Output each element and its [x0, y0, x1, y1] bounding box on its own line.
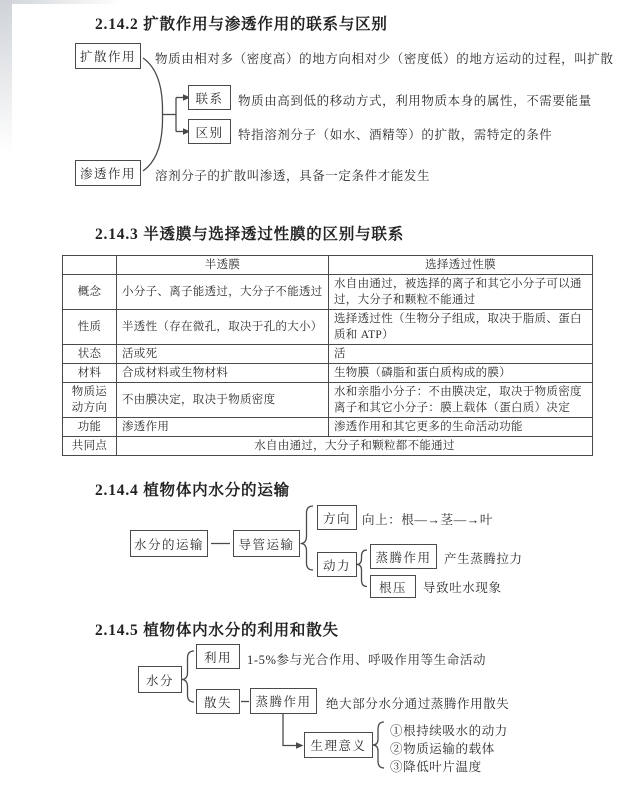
cell-semi: 合成材料或生物材料 [117, 364, 329, 383]
section-242-title: 2.14.2 扩散作用与渗透作用的联系与区别 [95, 12, 388, 34]
cell-semi: 渗透作用 [117, 418, 329, 437]
scan-shadow-top [0, 0, 130, 4]
link-description: 物质由高到低的移动方式，利用物质本身的属性，不需要能量 [238, 91, 592, 109]
significance-box: 生理意义 [304, 732, 373, 758]
use-description: 1-5%参与光合作用、呼吸作用等生命活动 [247, 650, 486, 668]
diffusion-box: 扩散作用 [75, 43, 141, 69]
water-box: 水分 [138, 666, 182, 693]
section-243-title: 2.14.3 半透膜与选择透过性膜的区别与联系 [95, 222, 404, 244]
header-empty [63, 256, 117, 275]
significance-item-1: ①根持续吸水的动力 [390, 721, 508, 739]
root-pressure-box: 根压 [370, 575, 416, 598]
table-row: 物质运 动方向 不由膜决定，取决于物质密度 水和亲脂小分子：不由膜决定，取决于物… [63, 383, 593, 418]
power-box: 动力 [317, 552, 357, 577]
distinction-description: 特指溶剂分子（如水、酒精等）的扩散，需特定的条件 [238, 125, 552, 143]
osmosis-description: 溶剂分子的扩散叫渗透，具备一定条件才能发生 [155, 166, 430, 184]
diffusion-description: 物质由相对多（密度高）的地方向相对少（密度低）的地方运动的过程，叫扩散 [155, 49, 614, 67]
vessel-transport-box: 导管运输 [233, 530, 300, 557]
cell-selective: 生物膜（磷脂和蛋白质构成的膜） [329, 364, 593, 383]
row-label: 共同点 [63, 437, 117, 456]
significance-item-3: ③降低叶片温度 [390, 757, 482, 775]
cell-selective: 渗透作用和其它更多的生命活动功能 [329, 418, 593, 437]
document-page: 2.14.2 扩散作用与渗透作用的联系与区别 扩散作用 物质由相对多（密度高）的… [0, 0, 640, 802]
row-label: 物质运 动方向 [63, 383, 117, 418]
table-row: 状态 活或死 活 [63, 345, 593, 364]
row-label: 概念 [63, 275, 117, 310]
direction-box: 方向 [317, 505, 357, 530]
row-label: 状态 [63, 345, 117, 364]
water-transport-box: 水分的运输 [130, 530, 208, 557]
table-header-row: 半透膜 选择透过性膜 [63, 256, 593, 275]
table-row: 概念 小分子、离子能透过，大分子不能透过 水自由通过，被选择的离子和其它小分子可… [63, 275, 593, 310]
cell-common: 水自由通过，大分子和颗粒都不能通过 [117, 437, 593, 456]
use-box: 利用 [196, 644, 240, 669]
link-box: 联系 [188, 85, 231, 110]
row-label: 功能 [63, 418, 117, 437]
root-pressure-description: 导致吐水现象 [423, 578, 502, 596]
osmosis-box: 渗透作用 [75, 160, 141, 186]
table-row: 性质 半透性（存在微孔，取决于孔的大小） 选择透过性（生物分子组成，取决于脂质、… [63, 310, 593, 345]
section-245-title: 2.14.5 植物体内水分的利用和散失 [95, 618, 339, 640]
scan-shadow-left [0, 0, 12, 170]
cell-selective: 水和亲脂小分子：不由膜决定，取决于物质密度 离子和其它小分子：膜上载体（蛋白质）… [329, 383, 593, 418]
transpiration-description-2: 绝大部分水分通过蒸腾作用散失 [326, 694, 509, 712]
row-label: 材料 [63, 364, 117, 383]
significance-item-2: ②物质运输的载体 [390, 739, 495, 757]
table-row: 材料 合成材料或生物材料 生物膜（磷脂和蛋白质构成的膜） [63, 364, 593, 383]
header-selective: 选择透过性膜 [329, 256, 593, 275]
transpiration-box: 蒸腾作用 [370, 544, 437, 569]
header-semipermeable: 半透膜 [117, 256, 329, 275]
transpiration-description: 产生蒸腾拉力 [444, 549, 523, 567]
row-label: 性质 [63, 310, 117, 345]
distinction-box: 区别 [188, 119, 231, 144]
transpiration-box-2: 蒸腾作用 [250, 688, 317, 714]
section-244-title: 2.14.4 植物体内水分的运输 [95, 478, 290, 500]
cell-selective: 选择透过性（生物分子组成，取决于脂质、蛋白质和 ATP） [329, 310, 593, 345]
table-row-common: 共同点 水自由通过，大分子和颗粒都不能通过 [63, 437, 593, 456]
table-row: 功能 渗透作用 渗透作用和其它更多的生命活动功能 [63, 418, 593, 437]
direction-description: 向上：根—→茎—→叶 [362, 510, 493, 528]
membrane-comparison-table: 半透膜 选择透过性膜 概念 小分子、离子能透过，大分子不能透过 水自由通过，被选… [62, 255, 593, 456]
cell-selective: 活 [329, 345, 593, 364]
cell-semi: 小分子、离子能透过，大分子不能透过 [117, 275, 329, 310]
cell-semi: 活或死 [117, 345, 329, 364]
loss-box: 散失 [196, 689, 240, 714]
cell-selective: 水自由通过，被选择的离子和其它小分子可以通过，大分子和颗粒不能通过 [329, 275, 593, 310]
cell-semi: 不由膜决定，取决于物质密度 [117, 383, 329, 418]
cell-semi: 半透性（存在微孔，取决于孔的大小） [117, 310, 329, 345]
